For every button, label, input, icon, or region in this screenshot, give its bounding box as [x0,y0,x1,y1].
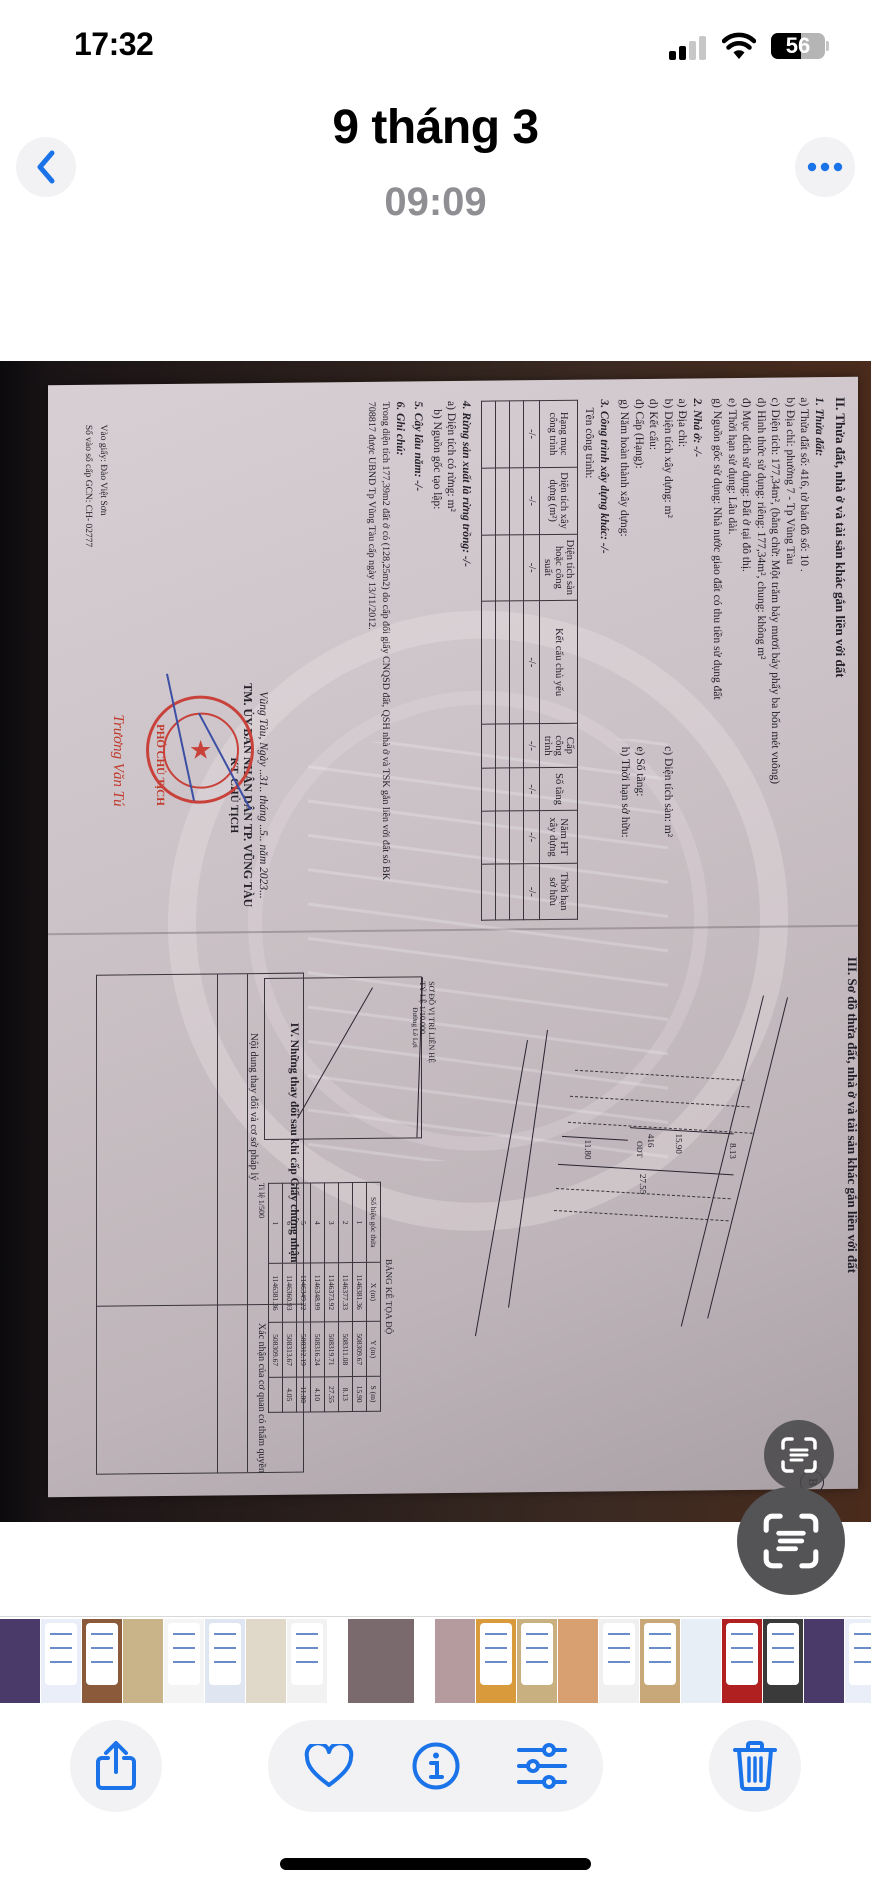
table-header: Diện tích sàn hoặc công suất [540,534,578,601]
registry-line: Số vào sổ cấp GCN: CH- 02777 [81,425,96,548]
thumbnail-line [854,1633,871,1635]
thumbnail[interactable] [558,1619,598,1703]
table-cell: 4.10 [311,1377,325,1412]
thumbnail-line [854,1647,871,1649]
thumbnail-line [296,1661,318,1663]
thumbnail[interactable] [164,1619,204,1703]
thumbnail[interactable] [82,1619,122,1703]
thumbnail[interactable] [845,1619,871,1703]
construction-subheading: Tên công trình: [582,399,597,919]
map-road [297,987,373,1118]
adjust-button[interactable] [496,1720,588,1812]
thumbnail-line [50,1647,72,1649]
section-iv-col2: Xác nhận của cơ quan có thẩm quyền [254,1323,269,1473]
table-cell: 508311.08 [339,1322,353,1377]
thumbnail-line [296,1633,318,1635]
registry-block: Vào giấy: Đào Việt Sơn Số vào sổ cấp GCN… [81,425,110,548]
thumbnail-line [608,1661,630,1663]
land-heading: 1. Thửa đất: [812,397,827,917]
photo-date-title: 9 tháng 3 [0,100,871,155]
table-row: -/- -/- -/- -/- -/- -/- -/- -/- [524,401,540,920]
table-header-row: Số hiệu góc thửa X (m) Y (m) S (m) [367,1182,381,1411]
house-line: c) Diện tích sàn: m² [661,746,676,837]
table-cell: 2 [339,1183,353,1263]
section-iv-heading: IV. Những thay đổi sau khi cấp Giấy chứn… [288,1023,300,1263]
thumbnail-line [649,1647,671,1649]
table-cell: -/- [524,768,540,810]
thumbnail-line [608,1647,630,1649]
table-header: Y (m) [367,1322,381,1377]
land-line: c) Diện tích: 177,34m², (bằng chữ: Một t… [768,398,783,918]
location-caption: SƠ ĐỒ VỊ TRÍ LIÊN HỆ [427,981,436,1063]
thumbnail[interactable] [435,1619,475,1703]
house-line: e) Số tầng: [633,746,648,837]
table-cell: 4 [311,1183,325,1263]
thumbnail-line [485,1647,507,1649]
construction-table: Hạng mục công trình Diện tích xây dựng (… [481,400,578,921]
thumbnail-line [296,1647,318,1649]
cellular-signal-icon [669,36,709,60]
table-cell: -/- [524,401,540,468]
table-cell: 27.55 [325,1377,339,1412]
signature-date: Vũng Tàu, Ngày ..31.. tháng ..5.. năm 20… [256,683,271,907]
thumbnail-strip[interactable] [0,1616,871,1704]
table-row [510,401,524,920]
thumbnail-line [526,1633,548,1635]
photo-time-subtitle: 09:09 [0,180,871,225]
notes-line: 708817 được UBND Tp Vũng Tàu cấp ngày 13… [364,402,379,922]
house-heading: 2. Nhà ở: -/- [690,398,705,918]
share-button[interactable] [70,1720,162,1812]
table-cell: 15.90 [353,1377,367,1412]
thumbnail-content [291,1623,323,1685]
thumbnail[interactable] [804,1619,844,1703]
table-cell: 508319.71 [325,1322,339,1377]
thumbnail[interactable] [763,1619,803,1703]
live-text-button[interactable] [737,1487,845,1595]
land-line: e) Thời hạn sử dụng: Lâu dài. [725,398,740,918]
forest-heading: 4. Rừng sản xuất là rừng trồng: -/- [459,401,474,921]
forest-line: a) Diện tích có rừng: m² [444,401,459,921]
thumbnail-line [772,1647,794,1649]
notes-heading: 6. Ghi chú: [393,401,408,921]
section-ii: II. Thửa đất, nhà ở và tài sản khác gắn … [364,397,849,922]
thumbnail-line [214,1633,236,1635]
table-header: Số tầng [540,768,578,811]
plot-diagram: 15.90 8.13 27.55 11.80 416 ODT [48,377,858,385]
table-cell: -/- [524,467,540,534]
more-options-button[interactable] [795,137,855,197]
thumbnail-line [173,1661,195,1663]
thumbnail[interactable] [287,1619,327,1703]
thumbnail-line [91,1661,113,1663]
thumbnail-line [173,1633,195,1635]
thumbnail-line [91,1633,113,1635]
table-header: S (m) [367,1377,381,1412]
table-header-row: Hạng mục công trình Diện tích xây dựng (… [540,400,578,919]
dimension-label: 8.13 [728,1143,738,1159]
table-header: Thời hạn sở hữu [540,863,578,919]
live-text-button-small[interactable] [764,1420,834,1490]
forest-line: b) Nguồn gốc tạo lập: [430,401,445,921]
table-cell: 3 [325,1183,339,1263]
perennial-heading: 5. Cây lâu năm: -/- [411,401,426,921]
status-bar: 17:32 56 [0,0,871,95]
certificate-document: II. Thửa đất, nhà ở và tài sản khác gắn … [48,377,858,1497]
thumbnail-selected[interactable] [348,1619,414,1703]
thumbnail-line [772,1661,794,1663]
house-line: d) Kết cấu: [646,399,661,537]
section-iii-heading: III. Sơ đồ thửa đất, nhà ở và tài sản kh… [844,957,860,1273]
section-iii-title: III. Sơ đồ thửa đất, nhà ở và tài sản kh… [844,957,860,1273]
land-line: d) Hình thức sử dụng: riêng: 177,34m², c… [754,398,769,918]
land-line: b) Địa chỉ: phường 7 - Tp Vũng Tàu [783,397,798,917]
land-line: a) Thửa đất số: 416, tờ bản đồ số: 10 . [797,397,812,917]
thumbnail[interactable] [517,1619,557,1703]
thumbnail-content [86,1623,118,1685]
favorite-button[interactable] [283,1720,375,1812]
dimension-label: 15.90 [674,1134,684,1154]
location-scale: TỶ LỆ 1/10.000 [418,981,427,1063]
table-row [482,401,496,920]
info-icon [411,1741,461,1791]
thumbnail-line [608,1633,630,1635]
thumbnail-line [214,1661,236,1663]
table-cell: -/- [524,864,540,920]
share-icon [94,1740,138,1792]
battery-tip [826,41,829,51]
house-line: b) Diện tích xây dựng: m² [661,399,676,537]
live-text-icon [760,1510,822,1572]
thumbnail-content [644,1623,676,1685]
land-type-label: ODT [635,1141,644,1158]
land-line: đ) Mục đích sử dụng: Đất ở tại đô thị. [739,398,754,918]
table-cell: -/- [524,534,540,601]
table-row: 3 1146373.92 508319.71 27.55 [325,1183,339,1412]
status-time: 17:32 [74,26,153,63]
table-header: Cấp công trình [540,723,578,768]
section-iv-title: IV. Những thay đổi sau khi cấp Giấy chứn… [288,1023,300,1263]
table-header: Kết cấu chủ yếu [540,601,578,724]
thumbnail[interactable] [640,1619,680,1703]
section-ii-title: II. Thửa đất, nhà ở và tài sản khác gắn … [832,397,848,917]
heart-icon [304,1744,354,1788]
thumbnail-line [731,1661,753,1663]
thumbnail-line [214,1647,236,1649]
table-row: 2 1146377.33 508311.08 8.13 [339,1183,353,1412]
thumbnail[interactable] [722,1619,762,1703]
thumbnail[interactable] [681,1619,721,1703]
house-line: h) Thời hạn sở hữu: [618,747,633,838]
photo-viewer[interactable]: II. Thửa đất, nhà ở và tài sản khác gắn … [0,361,871,1522]
table-cell: 1146348.99 [311,1263,325,1323]
table-header: Diện tích xây dựng (m²) [540,467,578,534]
thumbnail-content [767,1623,799,1685]
dimension-label: 27.55 [638,1174,648,1194]
divider [97,1304,303,1307]
section-iv-col1-label: Nội dung thay đổi và cơ sở pháp lý [246,1033,261,1181]
thumbnail-line [649,1661,671,1663]
construction-heading: 3. Công trình xây dựng khác: -/- [597,399,612,919]
thumbnail[interactable] [246,1619,286,1703]
thumbnail-line [526,1647,548,1649]
thumbnail-content [603,1623,635,1685]
coordinates-title: BẢNG KÊ TỌA ĐỘ [382,1182,397,1412]
thumbnail-content [209,1623,241,1685]
table-header: Hạng mục công trình [540,400,578,467]
battery-icon: 56 [771,33,825,59]
thumbnail[interactable] [0,1619,40,1703]
thumbnail[interactable] [476,1619,516,1703]
thumbnail-content [726,1623,758,1685]
table-cell: 8.13 [339,1377,353,1412]
thumbnail-line [649,1633,671,1635]
section-iv-col1: Nội dung thay đổi và cơ sở pháp lý [246,1033,261,1181]
table-cell: -/- [524,810,540,864]
thumbnail-content [849,1623,871,1685]
thumbnail-content [168,1623,200,1685]
thumbnail-line [485,1633,507,1635]
thumbnail-line [173,1647,195,1649]
table-row: 1 1146381.36 508309.67 15.90 [353,1182,367,1411]
divider [217,974,218,1472]
live-text-icon [779,1435,819,1475]
house-line: đ) Cấp (Hạng): [632,399,647,537]
thumbnail[interactable] [41,1619,81,1703]
photo-actions-group [268,1720,603,1812]
house-line: a) Địa chỉ: [675,399,690,537]
thumbnail-line [50,1661,72,1663]
delete-button[interactable] [709,1720,801,1812]
thumbnail-content [521,1623,553,1685]
section-iv-col2-label: Xác nhận của cơ quan có thẩm quyền [254,1323,269,1473]
thumbnail-line [526,1661,548,1663]
battery-percent: 56 [771,33,825,59]
sliders-icon [516,1743,568,1789]
thumbnail-line [91,1647,113,1649]
table-header: Năm HT xây dựng [540,810,578,864]
registry-line: Vào giấy: Đào Việt Sơn [96,425,111,548]
notes-line: Trong diện tích 177,39m2 đất ở có (128,2… [378,402,393,922]
table-header: X (m) [367,1262,381,1322]
trash-icon [733,1740,777,1792]
thumbnail-line [854,1661,871,1663]
thumbnail-line [772,1633,794,1635]
thumbnail-content [480,1623,512,1685]
table-cell: 1 [353,1182,367,1262]
parcel-number: 416 [646,1134,656,1148]
table-cell: -/- [524,601,540,724]
thumbnail[interactable] [599,1619,639,1703]
house-line: g) Năm hoàn thành xây dựng: [617,399,632,537]
thumbnail-content [45,1623,77,1685]
thumbnail[interactable] [123,1619,163,1703]
table-row [496,401,510,920]
table-header: Số hiệu góc thửa [367,1182,381,1262]
table-cell: 1146377.33 [339,1262,353,1322]
table-row: 4 1146348.99 508316.24 4.10 [311,1183,325,1412]
thumbnail-line [50,1633,72,1635]
table-cell: 1146373.92 [325,1263,339,1323]
signatory-name: Trương Văn Tú [109,714,126,806]
location-map-caption: SƠ ĐỒ VỊ TRÍ LIÊN HỆ TỶ LỆ 1/10.000 [418,981,436,1063]
dimension-label: 11.80 [583,1140,593,1160]
table-cell: 508316.24 [311,1322,325,1377]
ellipsis-icon [807,162,843,172]
land-line: g) Nguồn gốc sử dụng: Nhà nước giao đất … [710,398,725,918]
table-cell: -/- [524,724,540,769]
info-button[interactable] [390,1720,482,1812]
neighbor-line [554,1210,729,1221]
table-cell: 508309.67 [353,1322,367,1377]
thumbnail-line [485,1661,507,1663]
wifi-icon [722,32,756,60]
thumbnail-line [731,1633,753,1635]
home-indicator[interactable] [280,1858,591,1870]
thumbnail[interactable] [205,1619,245,1703]
section-iv-table [96,973,304,1475]
table-cell: 1146381.36 [353,1262,367,1322]
thumbnail-line [731,1647,753,1649]
